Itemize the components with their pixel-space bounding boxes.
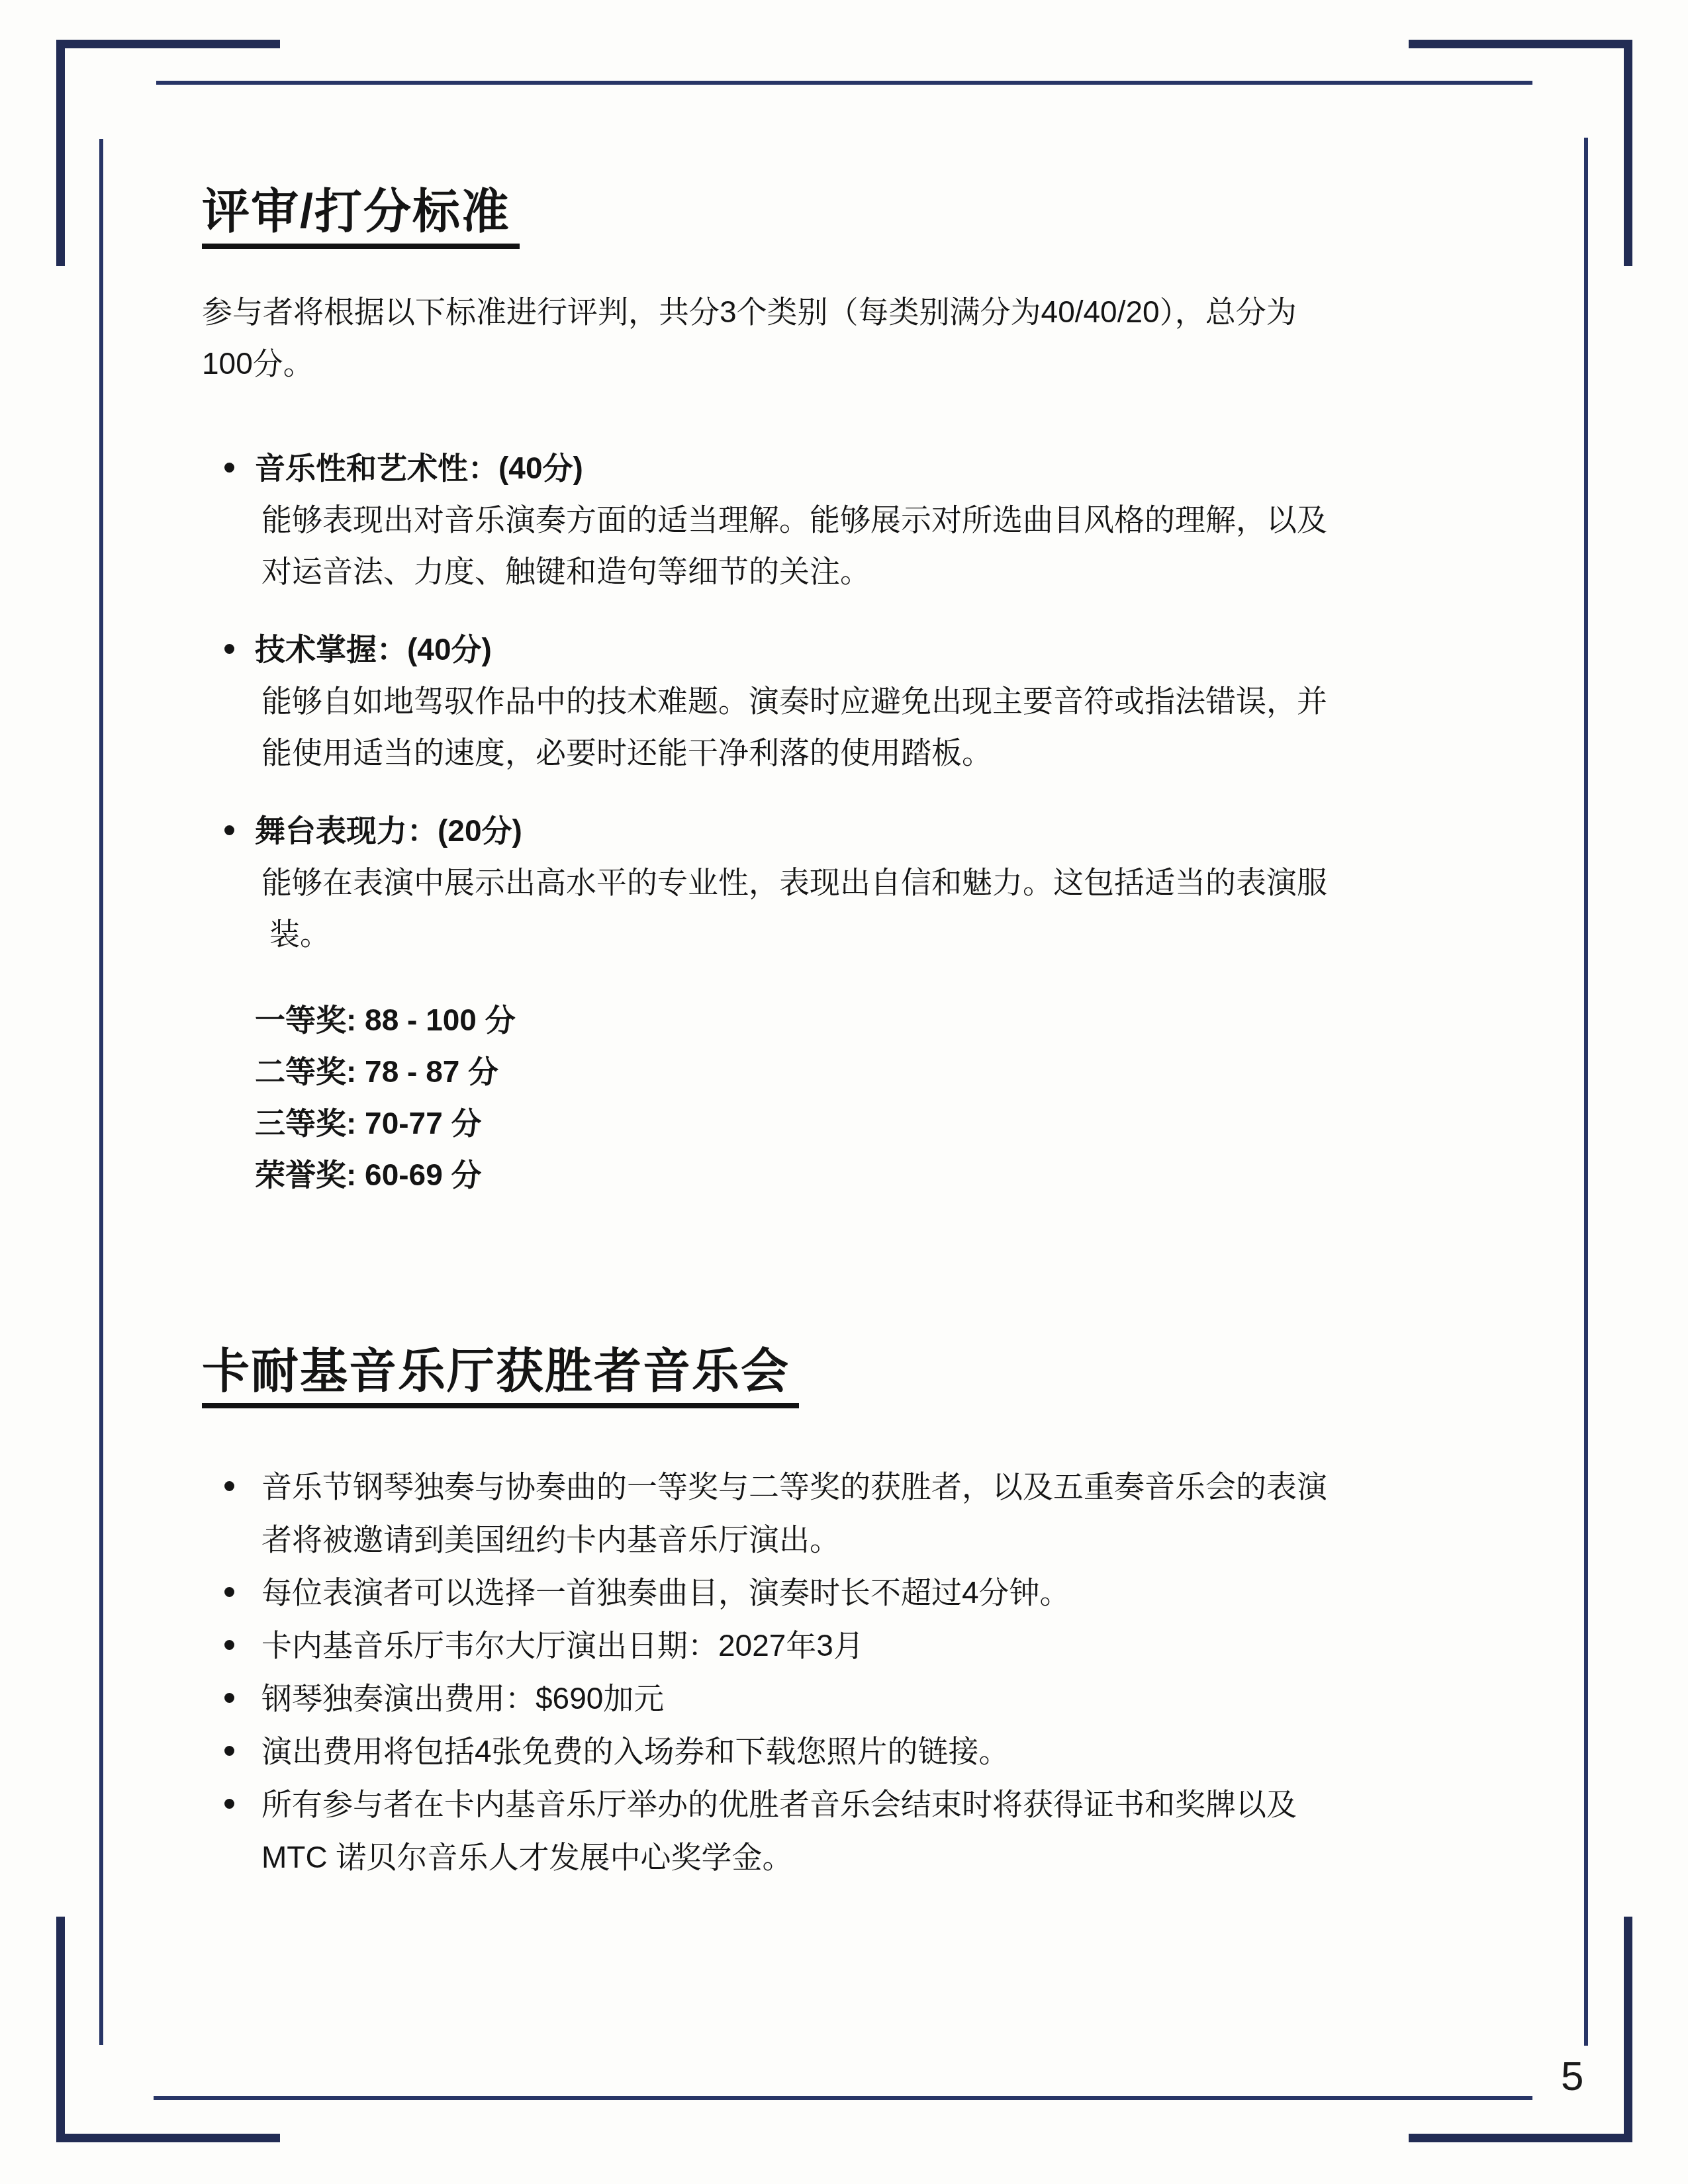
bullet-dot-icon bbox=[224, 644, 234, 654]
document-page: 评审/打分标准 参与者将根据以下标准进行评判，共分3个类别（每类别满分为40/4… bbox=[0, 0, 1688, 2184]
prize-list: 一等奖: 88 - 100 分 二等奖: 78 - 87 分 三等奖: 70-7… bbox=[202, 994, 1334, 1201]
prize-line-first: 一等奖: 88 - 100 分 bbox=[255, 994, 1334, 1046]
corner-bracket-top-right-vertical bbox=[1624, 40, 1632, 266]
corner-bracket-bottom-left-horizontal bbox=[56, 2134, 280, 2142]
intro-line: 参与者将根据以下标准进行评判，共分3个类别（每类别满分为40/40/20），总分… bbox=[202, 286, 1334, 338]
prize-line-honor: 荣誉奖: 60-69 分 bbox=[255, 1149, 1334, 1201]
corner-bracket-bottom-right-horizontal bbox=[1409, 2134, 1632, 2142]
bullet-dot-icon bbox=[224, 1693, 234, 1703]
criteria-item-musicality: 音乐性和艺术性：(40分) 能够表现出对音乐演奏方面的适当理解。能够展示对所选曲… bbox=[255, 442, 1334, 597]
concert-list: 音乐节钢琴独奏与协奏曲的一等奖与二等奖的获胜者，以及五重奏音乐会的表演 者将被邀… bbox=[202, 1460, 1334, 1884]
concert-item-tickets: 演出费用将包括4张免费的入场券和下载您照片的链接。 bbox=[255, 1725, 1334, 1778]
concert-item-repertoire: 每位表演者可以选择一首独奏曲目，演奏时长不超过4分钟。 bbox=[255, 1566, 1334, 1619]
corner-bracket-top-left-vertical bbox=[56, 40, 65, 266]
concert-line: 钢琴独奏演出费用：$690加元 bbox=[255, 1672, 1334, 1725]
prize-line-third: 三等奖: 70-77 分 bbox=[255, 1097, 1334, 1149]
page-number: 5 bbox=[1561, 2053, 1583, 2100]
criteria-line: 装。 bbox=[255, 908, 1334, 960]
concert-item-date: 卡内基音乐厅韦尔大厅演出日期：2027年3月 bbox=[255, 1619, 1334, 1672]
prize-line-second: 二等奖: 78 - 87 分 bbox=[255, 1046, 1334, 1097]
criteria-item-stage-presence: 舞台表现力：(20分) 能够在表演中展示出高水平的专业性，表现出自信和魅力。这包… bbox=[255, 805, 1334, 960]
content-area: 评审/打分标准 参与者将根据以下标准进行评判，共分3个类别（每类别满分为40/4… bbox=[202, 179, 1334, 1884]
intro-line: 100分。 bbox=[202, 338, 1334, 389]
concert-line: 卡内基音乐厅韦尔大厅演出日期：2027年3月 bbox=[255, 1619, 1334, 1672]
concert-line: MTC 诺贝尔音乐人才发展中心奖学金。 bbox=[255, 1831, 1334, 1884]
concert-line: 所有参与者在卡内基音乐厅举办的优胜者音乐会结束时将获得证书和奖牌以及 bbox=[255, 1778, 1334, 1831]
section2-title: 卡耐基音乐厅获胜者音乐会 bbox=[202, 1346, 799, 1408]
corner-bracket-bottom-right-vertical bbox=[1624, 1917, 1632, 2142]
criteria-list: 音乐性和艺术性：(40分) 能够表现出对音乐演奏方面的适当理解。能够展示对所选曲… bbox=[202, 442, 1334, 960]
intro-paragraph: 参与者将根据以下标准进行评判，共分3个类别（每类别满分为40/40/20），总分… bbox=[202, 286, 1334, 389]
frame-line-top bbox=[156, 81, 1532, 85]
concert-item-invitation: 音乐节钢琴独奏与协奏曲的一等奖与二等奖的获胜者，以及五重奏音乐会的表演 者将被邀… bbox=[255, 1460, 1334, 1566]
criteria-line: 对运音法、力度、触键和造句等细节的关注。 bbox=[255, 545, 1334, 597]
bullet-dot-icon bbox=[224, 1746, 234, 1756]
concert-item-fee: 钢琴独奏演出费用：$690加元 bbox=[255, 1672, 1334, 1725]
bullet-dot-icon bbox=[224, 1799, 234, 1809]
corner-bracket-top-left-horizontal bbox=[56, 40, 280, 48]
frame-line-left bbox=[99, 139, 103, 2045]
bullet-dot-icon bbox=[224, 825, 234, 835]
bullet-dot-icon bbox=[224, 1587, 234, 1597]
criteria-heading: 技术掌握：(40分) bbox=[255, 623, 1334, 675]
criteria-heading: 舞台表现力：(20分) bbox=[255, 805, 1334, 856]
criteria-line: 能使用适当的速度，必要时还能干净利落的使用踏板。 bbox=[255, 727, 1334, 778]
frame-line-bottom bbox=[154, 2096, 1532, 2100]
bullet-dot-icon bbox=[224, 463, 234, 473]
criteria-line: 能够自如地驾驭作品中的技术难题。演奏时应避免出现主要音符或指法错误，并 bbox=[255, 675, 1334, 727]
corner-bracket-top-right-horizontal bbox=[1409, 40, 1632, 48]
bullet-dot-icon bbox=[224, 1640, 234, 1650]
frame-line-right bbox=[1584, 138, 1588, 2046]
bullet-dot-icon bbox=[224, 1481, 234, 1491]
concert-line: 音乐节钢琴独奏与协奏曲的一等奖与二等奖的获胜者，以及五重奏音乐会的表演 bbox=[255, 1460, 1334, 1513]
criteria-line: 能够在表演中展示出高水平的专业性，表现出自信和魅力。这包括适当的表演服 bbox=[255, 856, 1334, 908]
concert-line: 演出费用将包括4张免费的入场券和下载您照片的链接。 bbox=[255, 1725, 1334, 1778]
criteria-heading: 音乐性和艺术性：(40分) bbox=[255, 442, 1334, 494]
concert-item-awards: 所有参与者在卡内基音乐厅举办的优胜者音乐会结束时将获得证书和奖牌以及 MTC 诺… bbox=[255, 1778, 1334, 1884]
concert-line: 每位表演者可以选择一首独奏曲目，演奏时长不超过4分钟。 bbox=[255, 1566, 1334, 1619]
criteria-item-technique: 技术掌握：(40分) 能够自如地驾驭作品中的技术难题。演奏时应避免出现主要音符或… bbox=[255, 623, 1334, 778]
corner-bracket-bottom-left-vertical bbox=[56, 1917, 65, 2142]
concert-line: 者将被邀请到美国纽约卡内基音乐厅演出。 bbox=[255, 1513, 1334, 1566]
criteria-line: 能够表现出对音乐演奏方面的适当理解。能够展示对所选曲目风格的理解，以及 bbox=[255, 494, 1334, 545]
section1-title: 评审/打分标准 bbox=[202, 187, 520, 249]
